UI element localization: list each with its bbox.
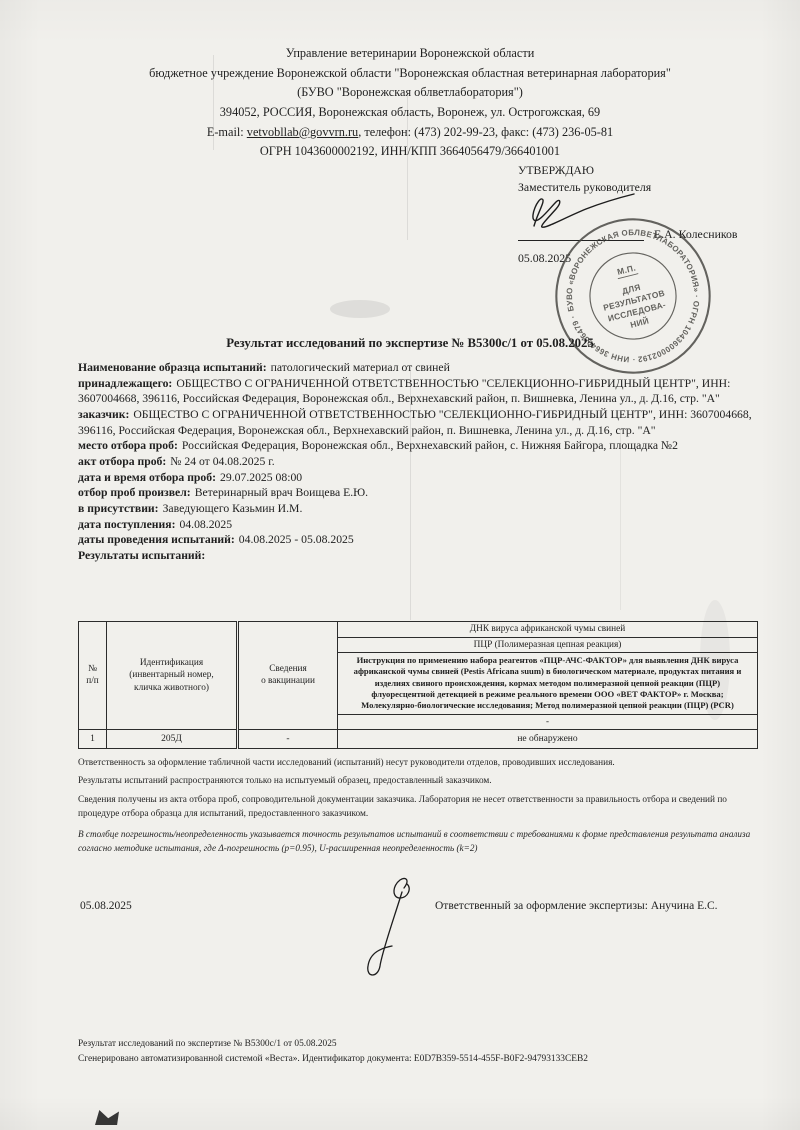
document-footer: Результат исследований по экспертизе № В… (78, 1037, 758, 1066)
result-identification: 205Д (107, 729, 238, 748)
detail-sampling-act: акт отбора проб:№ 24 от 04.08.2025 г. (78, 454, 759, 470)
document-page: Управление ветеринарии Воронежской облас… (0, 0, 800, 1130)
method-description: Инструкция по применению набора реагенто… (338, 653, 758, 715)
results-label: Результаты испытаний: (78, 548, 759, 564)
col-header-identification: Идентификация (инвентарный номер, кличка… (107, 622, 238, 730)
detail-sampling-datetime: дата и время отбора проб:29.07.2025 08:0… (78, 470, 759, 486)
email-label: E-mail: (207, 125, 244, 139)
footer-generated-line: Сгенерировано автоматизированной системо… (78, 1052, 758, 1067)
sample-details: Наименование образца испытаний:патологич… (78, 360, 759, 564)
email-link[interactable]: vetvobllab@govvrn.ru (247, 125, 358, 139)
org-address: 394052, РОССИЯ, Воронежская область, Вор… (70, 103, 750, 123)
detail-sampled-by: отбор проб произвел:Ветеринарный врач Во… (78, 485, 759, 501)
method-sub-cell: - (338, 714, 758, 729)
footnote-sampling-info: Сведения получены из акта отбора проб, с… (78, 794, 764, 822)
document-title: Результат исследований по экспертизе № В… (80, 336, 740, 351)
detail-customer: заказчик:ОБЩЕСТВО С ОГРАНИЧЕННОЙ ОТВЕТСТ… (78, 407, 759, 438)
result-value: не обнаружено (338, 729, 758, 748)
org-name: бюджетное учреждение Воронежской области… (70, 64, 750, 84)
org-ogrn-inn: ОГРН 1043600002192, ИНН/КПП 3664056479/3… (70, 142, 750, 162)
detail-received-date: дата поступления:04.08.2025 (78, 517, 759, 533)
approve-label: УТВЕРЖДАЮ (518, 162, 780, 179)
phone-fax: , телефон: (473) 202-99-23, факс: (473) … (358, 125, 613, 139)
table-row: 1 205Д - не обнаружено (79, 729, 758, 748)
result-num: 1 (79, 729, 107, 748)
footnote-uncertainty: В столбце погрешность/неопределенность у… (78, 828, 764, 856)
col-header-vaccination: Сведения о вакцинации (238, 622, 338, 730)
analyte-header: ДНК вируса африканской чумы свиней (338, 622, 758, 638)
col-header-num: № п/п (79, 622, 107, 730)
detail-witness: в присутствии:Заведующего Казьмин И.М. (78, 501, 759, 517)
scan-smudge (330, 300, 390, 318)
signoff-date: 05.08.2025 (80, 900, 132, 912)
footnote-scope: Результаты испытаний распространяются то… (78, 775, 764, 789)
detail-sample-name: Наименование образца испытаний:патологич… (78, 360, 759, 376)
detail-owner: принадлежащего:ОБЩЕСТВО С ОГРАНИЧЕННОЙ О… (78, 376, 759, 407)
result-vaccination: - (238, 729, 338, 748)
letterhead: Управление ветеринарии Воронежской облас… (70, 44, 750, 162)
responsible-signature (358, 872, 438, 982)
detail-testing-dates: даты проведения испытаний:04.08.2025 - 0… (78, 532, 759, 548)
results-table: № п/п Идентификация (инвентарный номер, … (78, 621, 758, 749)
org-short-name: (БУВО "Воронежская облветлаборатория") (70, 83, 750, 103)
org-contacts: E-mail: vetvobllab@govvrn.ru, телефон: (… (70, 123, 750, 143)
scan-corner-mark (95, 1110, 119, 1125)
footer-expertise-line: Результат исследований по экспертизе № В… (78, 1037, 758, 1052)
footnotes: Ответственность за оформление табличной … (78, 757, 764, 860)
responsible-person: Ответственный за оформление экспертизы: … (435, 900, 765, 912)
table-header-row: № п/п Идентификация (инвентарный номер, … (79, 622, 758, 638)
method-header: ПЦР (Полимеразная цепная реакция) (338, 637, 758, 653)
org-authority: Управление ветеринарии Воронежской облас… (70, 44, 750, 64)
detail-sampling-place: место отбора проб:Российская Федерация, … (78, 438, 759, 454)
footnote-responsibility: Ответственность за оформление табличной … (78, 757, 764, 771)
